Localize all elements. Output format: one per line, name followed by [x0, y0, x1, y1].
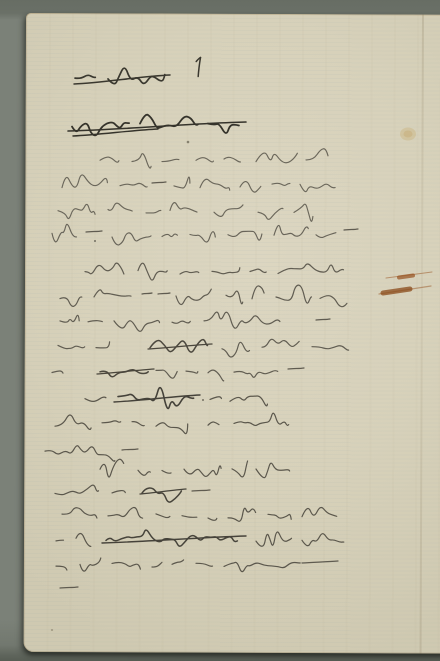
handwritten-word-line-8	[176, 289, 211, 304]
handwritten-word-line-7	[138, 263, 167, 280]
handwritten-word-line-5	[258, 208, 283, 219]
page-number-numeral	[198, 58, 200, 77]
paper-stain	[404, 131, 413, 138]
strikethrough-stroke	[102, 536, 246, 543]
handwritten-word-line-10-struck-word	[150, 340, 208, 352]
handwritten-word-line-5	[108, 203, 132, 211]
handwritten-word-line-10	[262, 339, 299, 347]
handwritten-word-line-3	[162, 159, 179, 161]
handwritten-word-line-7	[212, 268, 240, 274]
handwritten-word-line-16	[112, 491, 125, 493]
handwritten-dash	[302, 561, 338, 563]
handwritten-word-line-13	[208, 422, 219, 425]
handwritten-word-line-19	[56, 566, 67, 570]
handwritten-word-line-7	[250, 269, 266, 272]
handwritten-dash	[142, 293, 152, 294]
handwritten-word-line-5	[214, 205, 243, 216]
handwritten-word-line-4	[62, 175, 107, 188]
handwritten-dash	[288, 368, 304, 369]
handwritten-word-line-8	[320, 296, 347, 307]
handwritten-word-line-5	[294, 204, 313, 221]
handwritten-word-line-9	[172, 321, 190, 323]
handwritten-word-line-5	[170, 203, 197, 212]
handwritten-word-line-11	[156, 370, 177, 378]
handwritten-word-line-12	[85, 397, 106, 401]
handwritten-word-line-9	[204, 312, 280, 328]
handwritten-word-line-7	[85, 263, 124, 274]
handwritten-word-line-13	[132, 422, 144, 426]
handwritten-word-line-12	[230, 396, 267, 406]
handwritten-word-line-7	[180, 272, 199, 274]
handwritten-word-line-13	[156, 423, 188, 434]
handwritten-word-line-17	[108, 508, 143, 519]
handwritten-word-struck-heading-word	[75, 75, 95, 78]
handwritten-word-line-3	[196, 158, 213, 162]
handwritten-dash	[60, 587, 78, 588]
handwritten-word-line-4	[272, 183, 290, 185]
handwritten-word-line-15	[162, 471, 171, 474]
handwritten-word-line-10	[312, 346, 349, 350]
handwritten-word-line-15	[232, 461, 248, 477]
handwritten-word-line-9	[114, 321, 160, 332]
handwritten-word-line-18	[302, 534, 344, 546]
handwritten-word-line-6	[112, 233, 151, 245]
handwritten-word-line-4	[200, 179, 230, 190]
handwritten-word-line-19	[224, 562, 300, 571]
handwritten-word-line-19	[196, 563, 213, 566]
handwritten-word-line-19	[172, 560, 184, 564]
paper-stain	[187, 141, 190, 144]
handwritten-word-line-15	[184, 466, 221, 477]
handwritten-word-line-3	[256, 153, 297, 163]
handwritten-word-line-17	[228, 508, 256, 521]
handwriting-ink-layer	[0, 0, 440, 661]
strikethrough-stroke	[148, 344, 212, 349]
handwritten-word-line-5	[58, 204, 95, 218]
handwritten-word-line-3	[306, 149, 328, 160]
handwritten-word-line-18	[56, 540, 64, 541]
handwritten-word-line-4	[120, 183, 147, 187]
handwritten-word-line-15	[256, 463, 290, 477]
handwritten-word-line-8	[252, 286, 264, 299]
handwritten-word-line-11	[52, 371, 63, 373]
handwritten-word-line-6	[274, 225, 308, 236]
handwritten-word-line-19	[152, 562, 162, 567]
handwritten-word-line-13	[55, 415, 91, 429]
handwritten-word-line-19	[80, 558, 101, 571]
handwritten-word-line-14	[45, 446, 115, 462]
handwritten-dash	[86, 231, 102, 232]
handwritten-word-line-9	[60, 315, 79, 322]
handwritten-word-line-18-struck-word	[106, 530, 237, 546]
handwritten-word-line-6	[52, 224, 77, 241]
handwritten-word-line-7	[278, 264, 344, 273]
handwritten-word-line-18	[76, 534, 91, 547]
handwritten-word-line-13	[102, 421, 121, 423]
handwritten-word-line-8	[60, 297, 82, 306]
handwritten-dash	[344, 229, 358, 230]
handwritten-dash	[152, 182, 166, 183]
handwritten-word-line-17	[302, 508, 337, 517]
handwritten-word-line-8	[276, 285, 312, 303]
handwritten-word-line-8	[226, 291, 243, 304]
handwritten-word-line-6	[228, 231, 262, 240]
handwritten-word-line-8	[94, 290, 131, 297]
handwritten-dash	[122, 449, 138, 450]
handwritten-word-line-10	[96, 342, 110, 348]
handwritten-word-line-10	[222, 342, 250, 357]
handwritten-word-line-6	[316, 233, 336, 238]
handwritten-word-line-10	[58, 345, 85, 348]
paper-stain	[51, 629, 53, 631]
handwritten-word-line-4	[174, 177, 190, 188]
strikethrough-stroke	[74, 75, 170, 84]
handwritten-dash	[316, 319, 330, 320]
handwritten-word-line-3	[132, 154, 151, 168]
photo-background	[0, 0, 440, 661]
handwritten-word-line-11	[208, 370, 224, 381]
handwritten-word-line-5	[146, 210, 161, 212]
handwritten-word-struck-line	[208, 124, 239, 133]
handwritten-word-line-15	[138, 470, 150, 475]
handwritten-word-line-6	[190, 232, 215, 242]
handwritten-word-line-4	[300, 184, 335, 191]
handwritten-word-line-15	[100, 459, 124, 477]
handwritten-word-line-13	[234, 413, 289, 425]
paper-stain-streak	[383, 289, 410, 293]
handwritten-word-line-3	[100, 157, 119, 162]
handwritten-word-line-9	[88, 321, 102, 322]
handwritten-dash	[158, 293, 170, 294]
handwritten-dash	[192, 490, 210, 491]
handwritten-word-line-17	[62, 508, 97, 518]
handwritten-word-line-12	[210, 397, 221, 400]
handwritten-word-line-17	[208, 518, 217, 520]
handwritten-word-line-17	[182, 516, 197, 518]
handwritten-word-line-16	[55, 485, 99, 494]
paper-stain-streak	[399, 276, 413, 278]
handwritten-word-line-6	[162, 234, 177, 237]
handwritten-word-line-4	[240, 182, 261, 193]
handwritten-word-line-17	[156, 514, 170, 518]
ink-dot	[94, 240, 96, 242]
handwritten-word-line-19	[112, 562, 140, 569]
handwritten-word-line-3	[224, 157, 240, 162]
handwritten-word-line-17	[268, 514, 291, 519]
handwritten-word-line-18	[256, 532, 292, 546]
handwritten-word-line-11	[186, 371, 198, 373]
ink-dot	[202, 399, 204, 401]
handwritten-word-line-11	[234, 371, 278, 378]
